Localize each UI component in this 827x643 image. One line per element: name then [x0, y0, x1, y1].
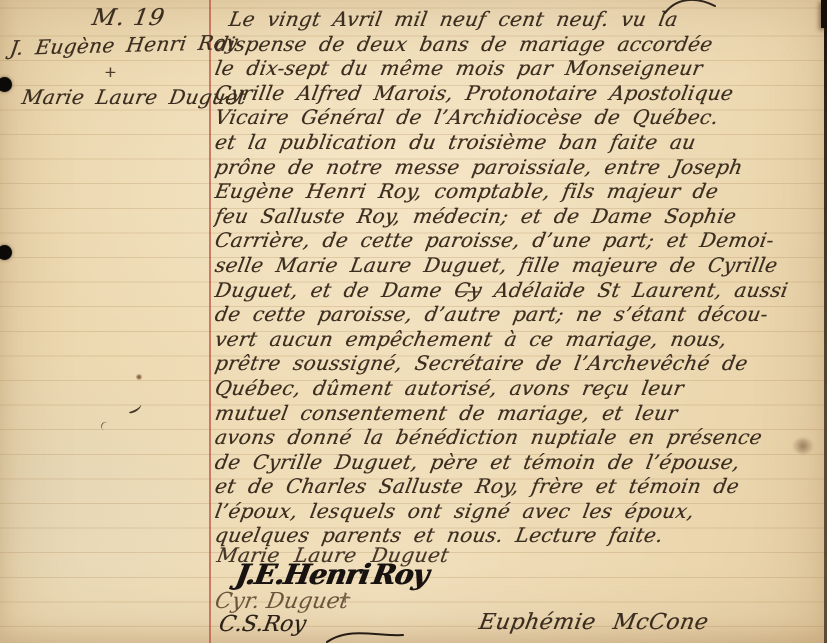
- register-page-scan: M. 19 J. Eugène Henri Roy + Marie Laure …: [0, 0, 827, 643]
- record-number-text: M. 19: [90, 5, 167, 31]
- signature-witness-text: Euphémie McCone: [477, 610, 710, 635]
- register-line: le dix-sept du même mois par Monseigneur: [213, 56, 825, 81]
- signature-groom: J.E.Henri Roy: [233, 558, 425, 591]
- register-line: et de Charles Salluste Roy, frère et tém…: [213, 474, 825, 499]
- register-line-text: Vicaire Général de l’Archidiocèse de Qué…: [213, 105, 720, 130]
- register-line: de Cyrille Duguet, père et témoin de l’é…: [213, 450, 825, 475]
- register-line: prône de notre messe paroissiale, entre …: [213, 155, 825, 180]
- register-line: Eugène Henri Roy, comptable, fils majeur…: [213, 179, 825, 204]
- signature-brother-groom-text: C.S.Roy: [217, 612, 308, 637]
- register-line: Le vingt Avril mil neuf cent neuf. vu la: [213, 7, 825, 32]
- cross-annotation-glyph: +: [338, 588, 352, 608]
- scan-edge-corner: [821, 0, 827, 28]
- register-line: selle Marie Laure Duguet, fille majeure …: [213, 253, 825, 278]
- register-line-text: dispense de deux bans de mariage accordé…: [213, 32, 715, 57]
- register-line-text: de cette paroisse, d’autre part; ne s’ét…: [213, 302, 770, 327]
- signature-father-bride: Cyr. Duguet: [213, 589, 346, 614]
- register-line-text: Québec, dûment autorisé, avons reçu leur: [213, 376, 686, 401]
- register-line-text: de Cyrille Duguet, père et témoin de l’é…: [213, 450, 742, 475]
- register-line-text: prône de notre messe paroissiale, entre …: [213, 155, 745, 180]
- register-line-text: Eugène Henri Roy, comptable, fils majeur…: [213, 179, 720, 204]
- register-line-text: Le vingt Avril mil neuf cent neuf. vu la: [227, 7, 680, 32]
- register-line: prêtre soussigné, Secrétaire de l’Archev…: [213, 351, 825, 376]
- register-line-text: Carrière, de cette paroisse, d’une part;…: [213, 228, 776, 253]
- register-line: Carrière, de cette paroisse, d’une part;…: [213, 228, 825, 253]
- act-body: Le vingt Avril mil neuf cent neuf. vu la…: [213, 7, 825, 548]
- register-line-text: vert aucun empêchement à ce mariage, nou…: [213, 327, 729, 352]
- register-line-text: selle Marie Laure Duguet, fille majeure …: [213, 253, 780, 278]
- signature-groom-text: J.E.Henri Roy: [233, 558, 431, 591]
- register-line-text: prêtre soussigné, Secrétaire de l’Archev…: [213, 351, 750, 376]
- cut-off-flourish-top: [663, 0, 723, 14]
- register-line-text: feu Salluste Roy, médecin; et de Dame So…: [213, 204, 738, 229]
- record-number: M. 19: [90, 5, 162, 31]
- register-line-text: mutuel consentement de mariage, et leur: [213, 401, 679, 426]
- margin-cross-mark: +: [104, 63, 117, 81]
- cross-mark-glyph: +: [104, 63, 117, 81]
- signature-cross-annotation: +: [338, 588, 352, 608]
- register-line-text: Cyrille Alfred Marois, Protonotaire Apos…: [213, 81, 735, 106]
- cut-off-stroke-bottom: [325, 632, 407, 643]
- register-line: l’époux, lesquels ont signé avec les épo…: [213, 499, 825, 524]
- register-line: Cyrille Alfred Marois, Protonotaire Apos…: [213, 81, 825, 106]
- ink-smudge: [793, 438, 813, 454]
- register-line-text: le dix-sept du même mois par Monseigneur: [213, 56, 705, 81]
- register-line: Duguet, et de Dame C̶y̶ Adélaïde St Laur…: [213, 278, 825, 303]
- register-line-text: et de Charles Salluste Roy, frère et tém…: [213, 474, 741, 499]
- register-line-text: avons donné la bénédiction nuptiale en p…: [213, 425, 764, 450]
- register-line: et la publication du troisième ban faite…: [213, 130, 825, 155]
- register-line: avons donné la bénédiction nuptiale en p…: [213, 425, 825, 450]
- ink-speck: [136, 374, 142, 380]
- register-line-text: et la publication du troisième ban faite…: [213, 130, 698, 155]
- register-line-text: l’époux, lesquels ont signé avec les épo…: [213, 499, 696, 524]
- register-line: vert aucun empêchement à ce mariage, nou…: [213, 327, 825, 352]
- register-line: feu Salluste Roy, médecin; et de Dame So…: [213, 204, 825, 229]
- register-line: dispense de deux bans de mariage accordé…: [213, 32, 825, 57]
- margin-bride-name: Marie Laure Duguet: [20, 85, 244, 109]
- register-line-text: Duguet, et de Dame C̶y̶ Adélaïde St Laur…: [213, 278, 790, 303]
- register-line: mutuel consentement de mariage, et leur: [213, 401, 825, 426]
- signature-brother-groom: C.S.Roy: [217, 612, 304, 637]
- register-line: de cette paroisse, d’autre part; ne s’ét…: [213, 302, 825, 327]
- register-line: Québec, dûment autorisé, avons reçu leur: [213, 376, 825, 401]
- register-line: Vicaire Général de l’Archidiocèse de Qué…: [213, 105, 825, 130]
- signature-father-bride-text: Cyr. Duguet: [213, 589, 351, 614]
- signature-witness: Euphémie McCone: [477, 610, 706, 635]
